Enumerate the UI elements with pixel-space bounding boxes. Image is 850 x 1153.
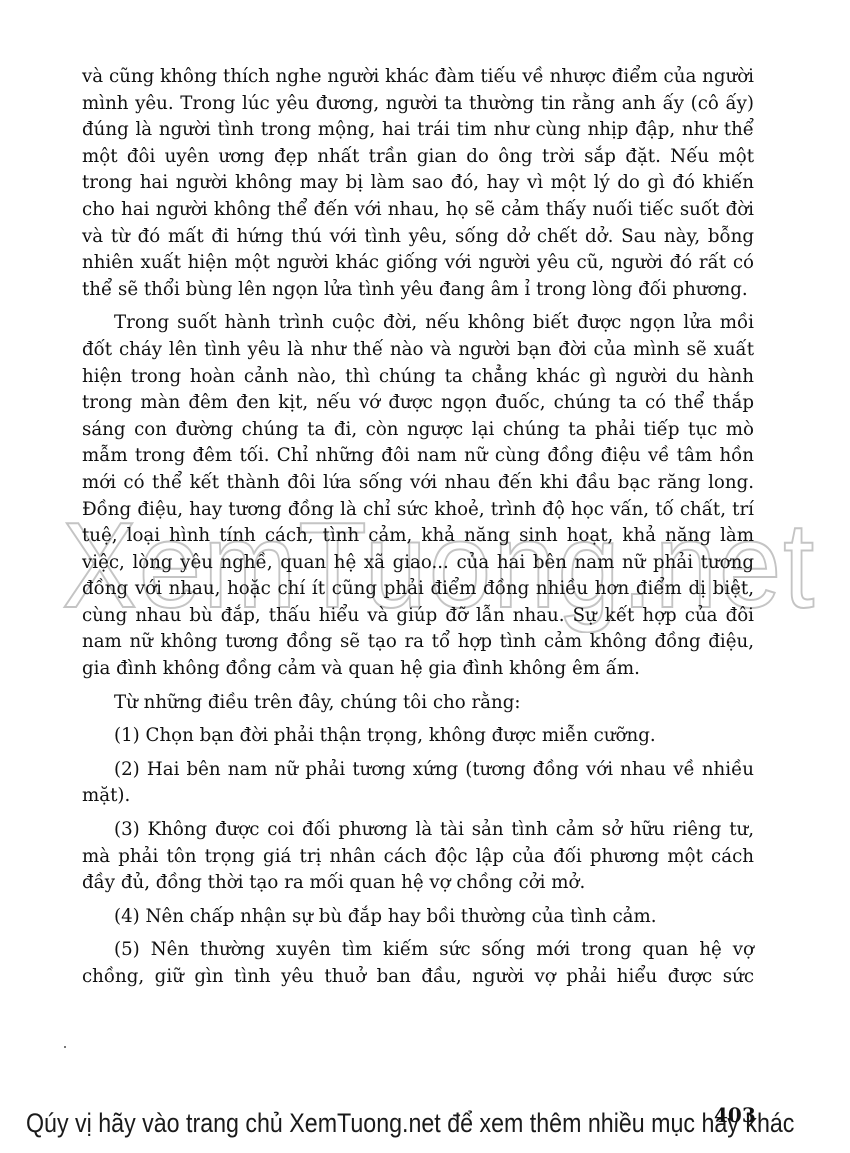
- paragraph-continuation: và cũng không thích nghe người khác đàm …: [82, 64, 754, 303]
- list-item-1: (1) Chọn bạn đời phải thận trọng, không …: [82, 723, 754, 750]
- page-number: 403: [714, 1103, 756, 1127]
- promo-footer-link[interactable]: Qúy vị hãy vào trang chủ XemTuong.net để…: [26, 1105, 714, 1141]
- page-body: và cũng không thích nghe người khác đàm …: [82, 64, 754, 991]
- list-item-4: (4) Nên chấp nhận sự bù đắp hay bồi thườ…: [82, 904, 754, 931]
- scan-speck: [64, 1046, 66, 1048]
- list-item-3: (3) Không được coi đối phương là tài sản…: [82, 817, 754, 897]
- list-item-5: (5) Nên thường xuyên tìm kiếm sức sống m…: [82, 937, 754, 990]
- list-item-2: (2) Hai bên nam nữ phải tương xứng (tươn…: [82, 757, 754, 810]
- document-page: XemTuong.net và cũng không thích nghe ng…: [0, 0, 850, 1153]
- paragraph-conclusion-intro: Từ những điều trên đây, chúng tôi cho rằ…: [82, 690, 754, 717]
- paragraph-life-journey: Trong suốt hành trình cuộc đời, nếu khôn…: [82, 310, 754, 682]
